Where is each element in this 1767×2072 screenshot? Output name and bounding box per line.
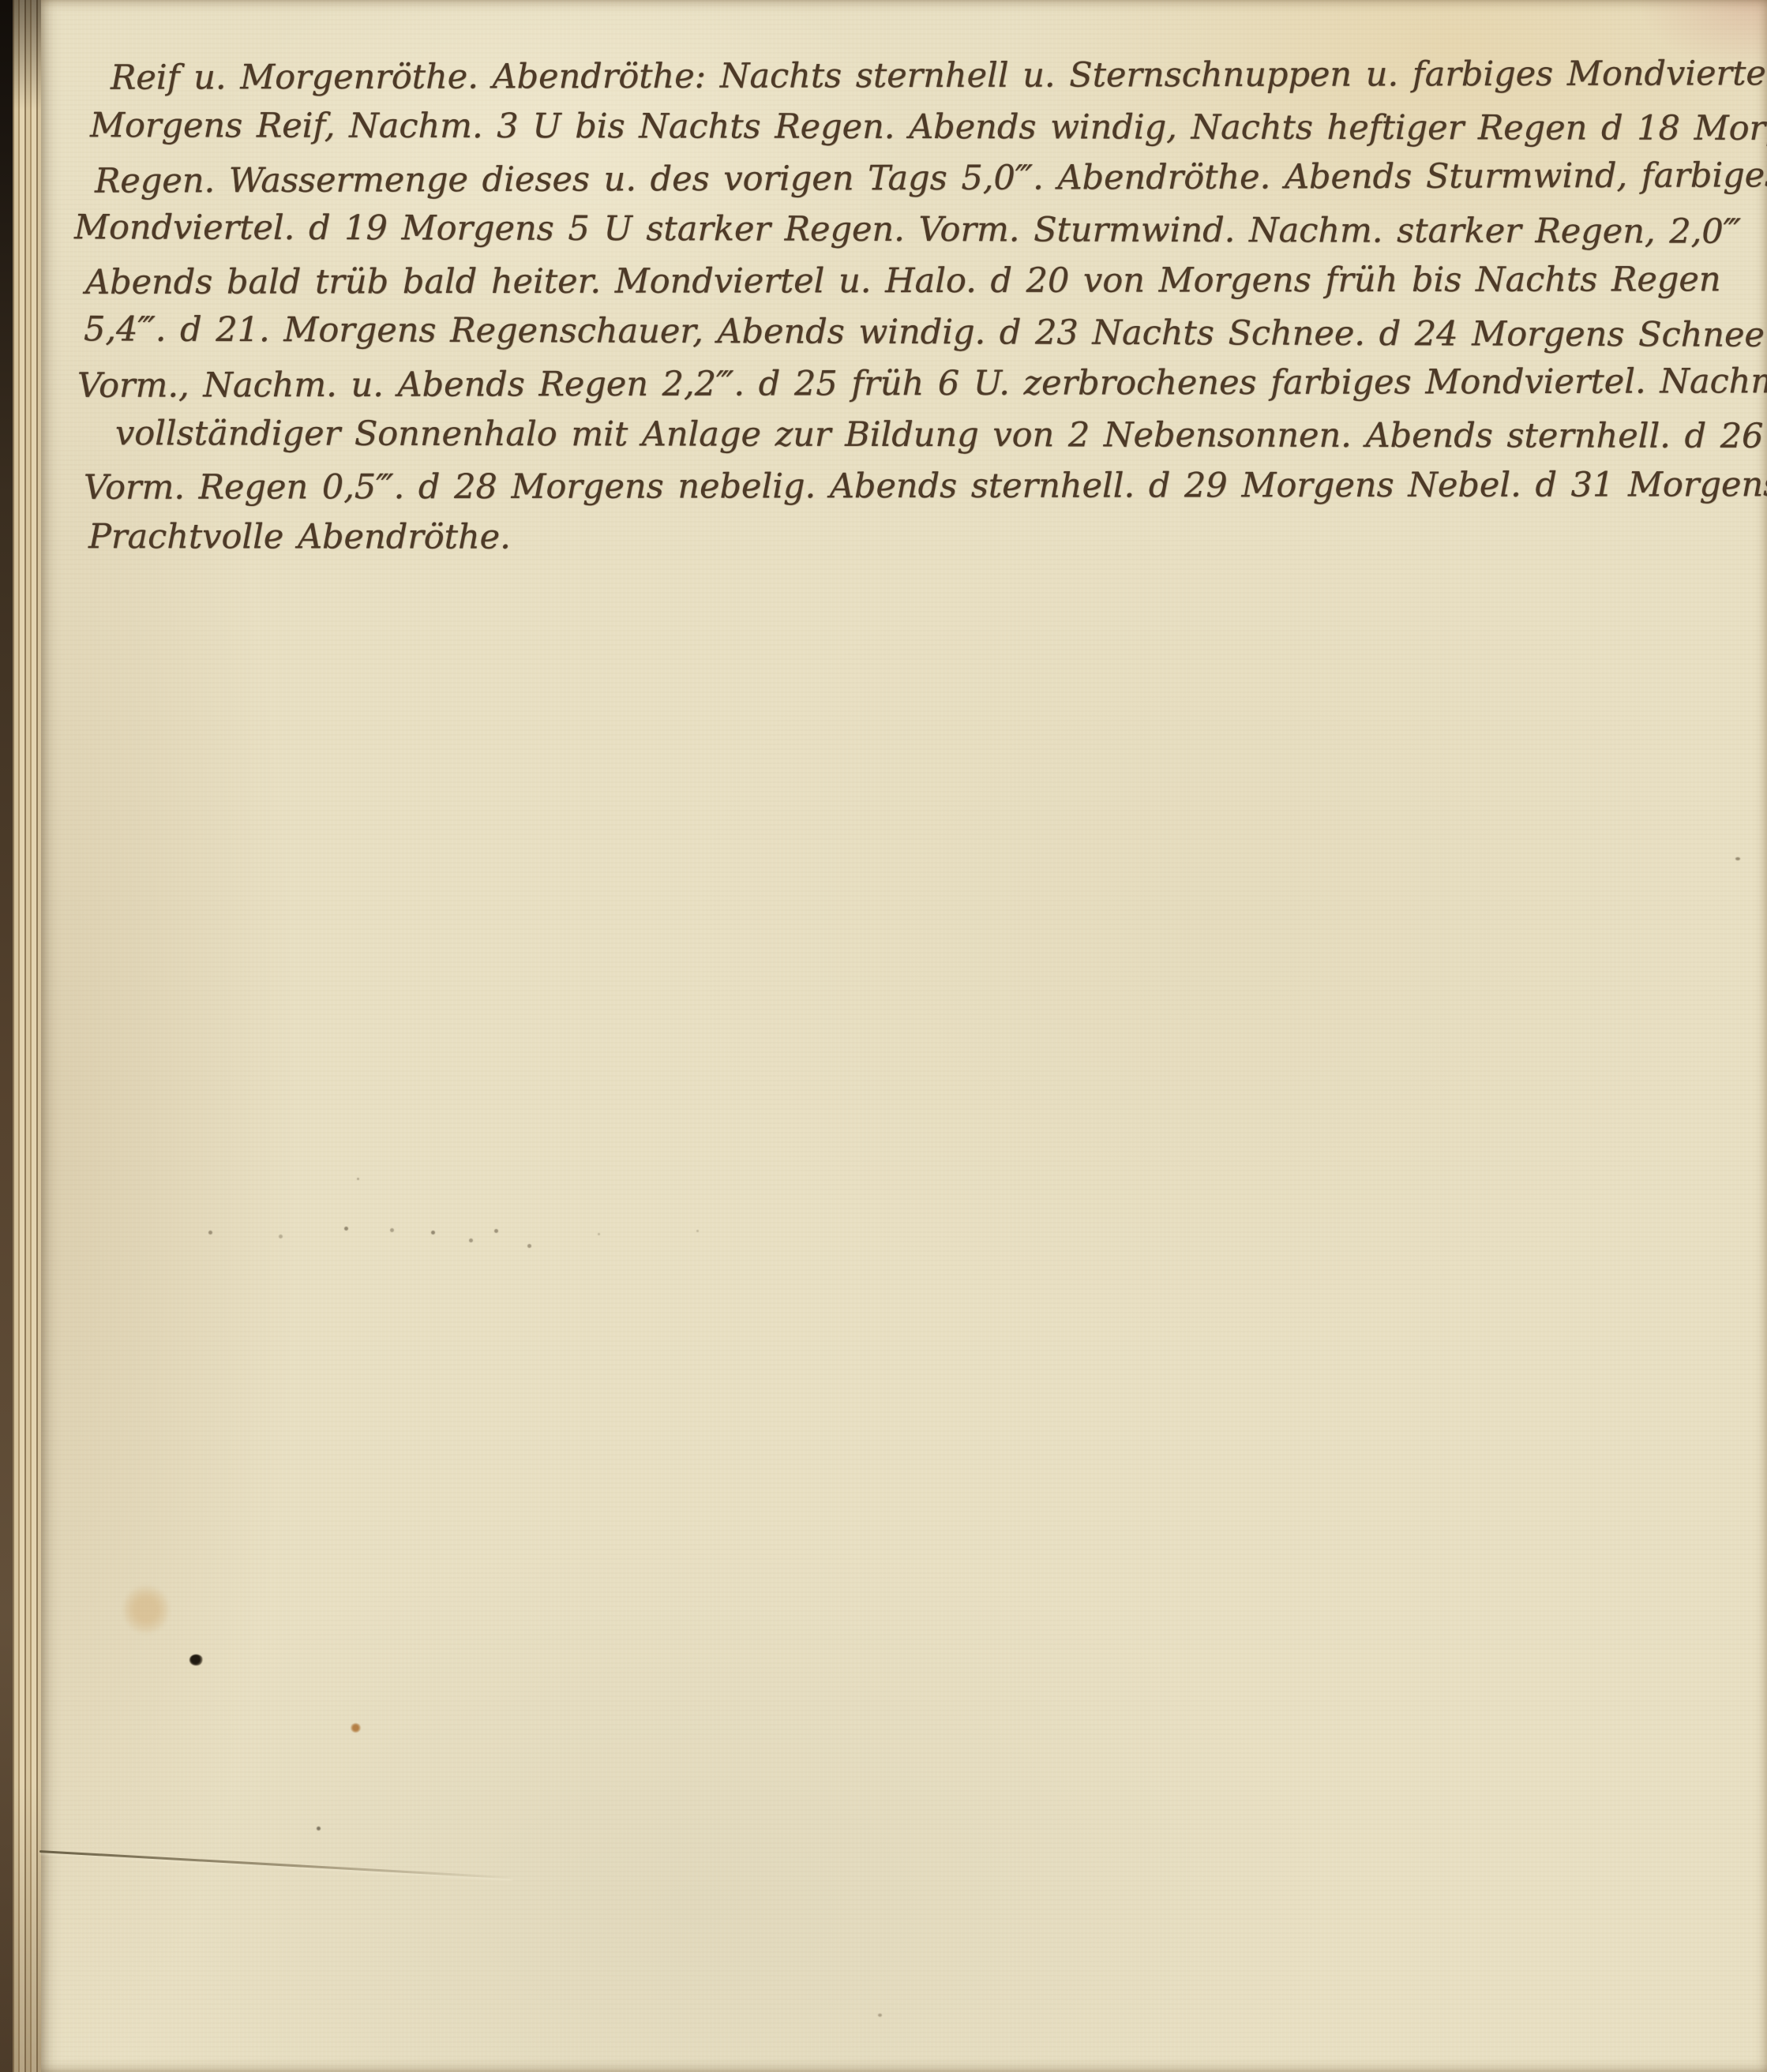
manuscript-line: Morgens Reif, Nachm. 3 U bis Nachts Rege… <box>74 100 1767 155</box>
paper-fleck <box>1735 857 1740 860</box>
paper-fleck <box>317 1827 321 1830</box>
manuscript-page: Reif u. Morgenröthe. Abendröthe: Nachts … <box>41 0 1767 2072</box>
handwritten-text-block: Reif u. Morgenröthe. Abendröthe: Nachts … <box>74 51 1767 564</box>
book-binding-edge <box>0 0 13 2072</box>
manuscript-line: Regen. Wassermenge dieses u. des vorigen… <box>74 150 1767 207</box>
manuscript-line: vollständiger Sonnenhalo mit Anlage zur … <box>74 408 1767 463</box>
manuscript-line: Mondviertel. d 19 Morgens 5 U starker Re… <box>74 202 1767 258</box>
manuscript-line: Abends bald trüb bald heiter. Mondvierte… <box>74 254 1767 309</box>
manuscript-line: 5,4‴. d 21. Morgens Regenschauer, Abends… <box>74 304 1767 361</box>
manuscript-line: Vorm. Regen 0,5‴. d 28 Morgens nebelig. … <box>74 459 1767 514</box>
paper-crease <box>39 1850 512 1879</box>
paper-fleck <box>878 2014 882 2017</box>
ink-speck <box>189 1654 203 1665</box>
manuscript-photo: Reif u. Morgenröthe. Abendröthe: Nachts … <box>0 0 1767 2072</box>
manuscript-line: Prachtvolle Abendröthe. <box>74 511 1767 564</box>
rust-stain <box>351 1723 361 1733</box>
faint-stain <box>123 1585 169 1634</box>
manuscript-line: Reif u. Morgenröthe. Abendröthe: Nachts … <box>74 48 1767 104</box>
ink-bleedthrough-dots <box>41 0 43 2</box>
manuscript-line: Vorm., Nachm. u. Abends Regen 2,2‴. d 25… <box>74 356 1767 412</box>
